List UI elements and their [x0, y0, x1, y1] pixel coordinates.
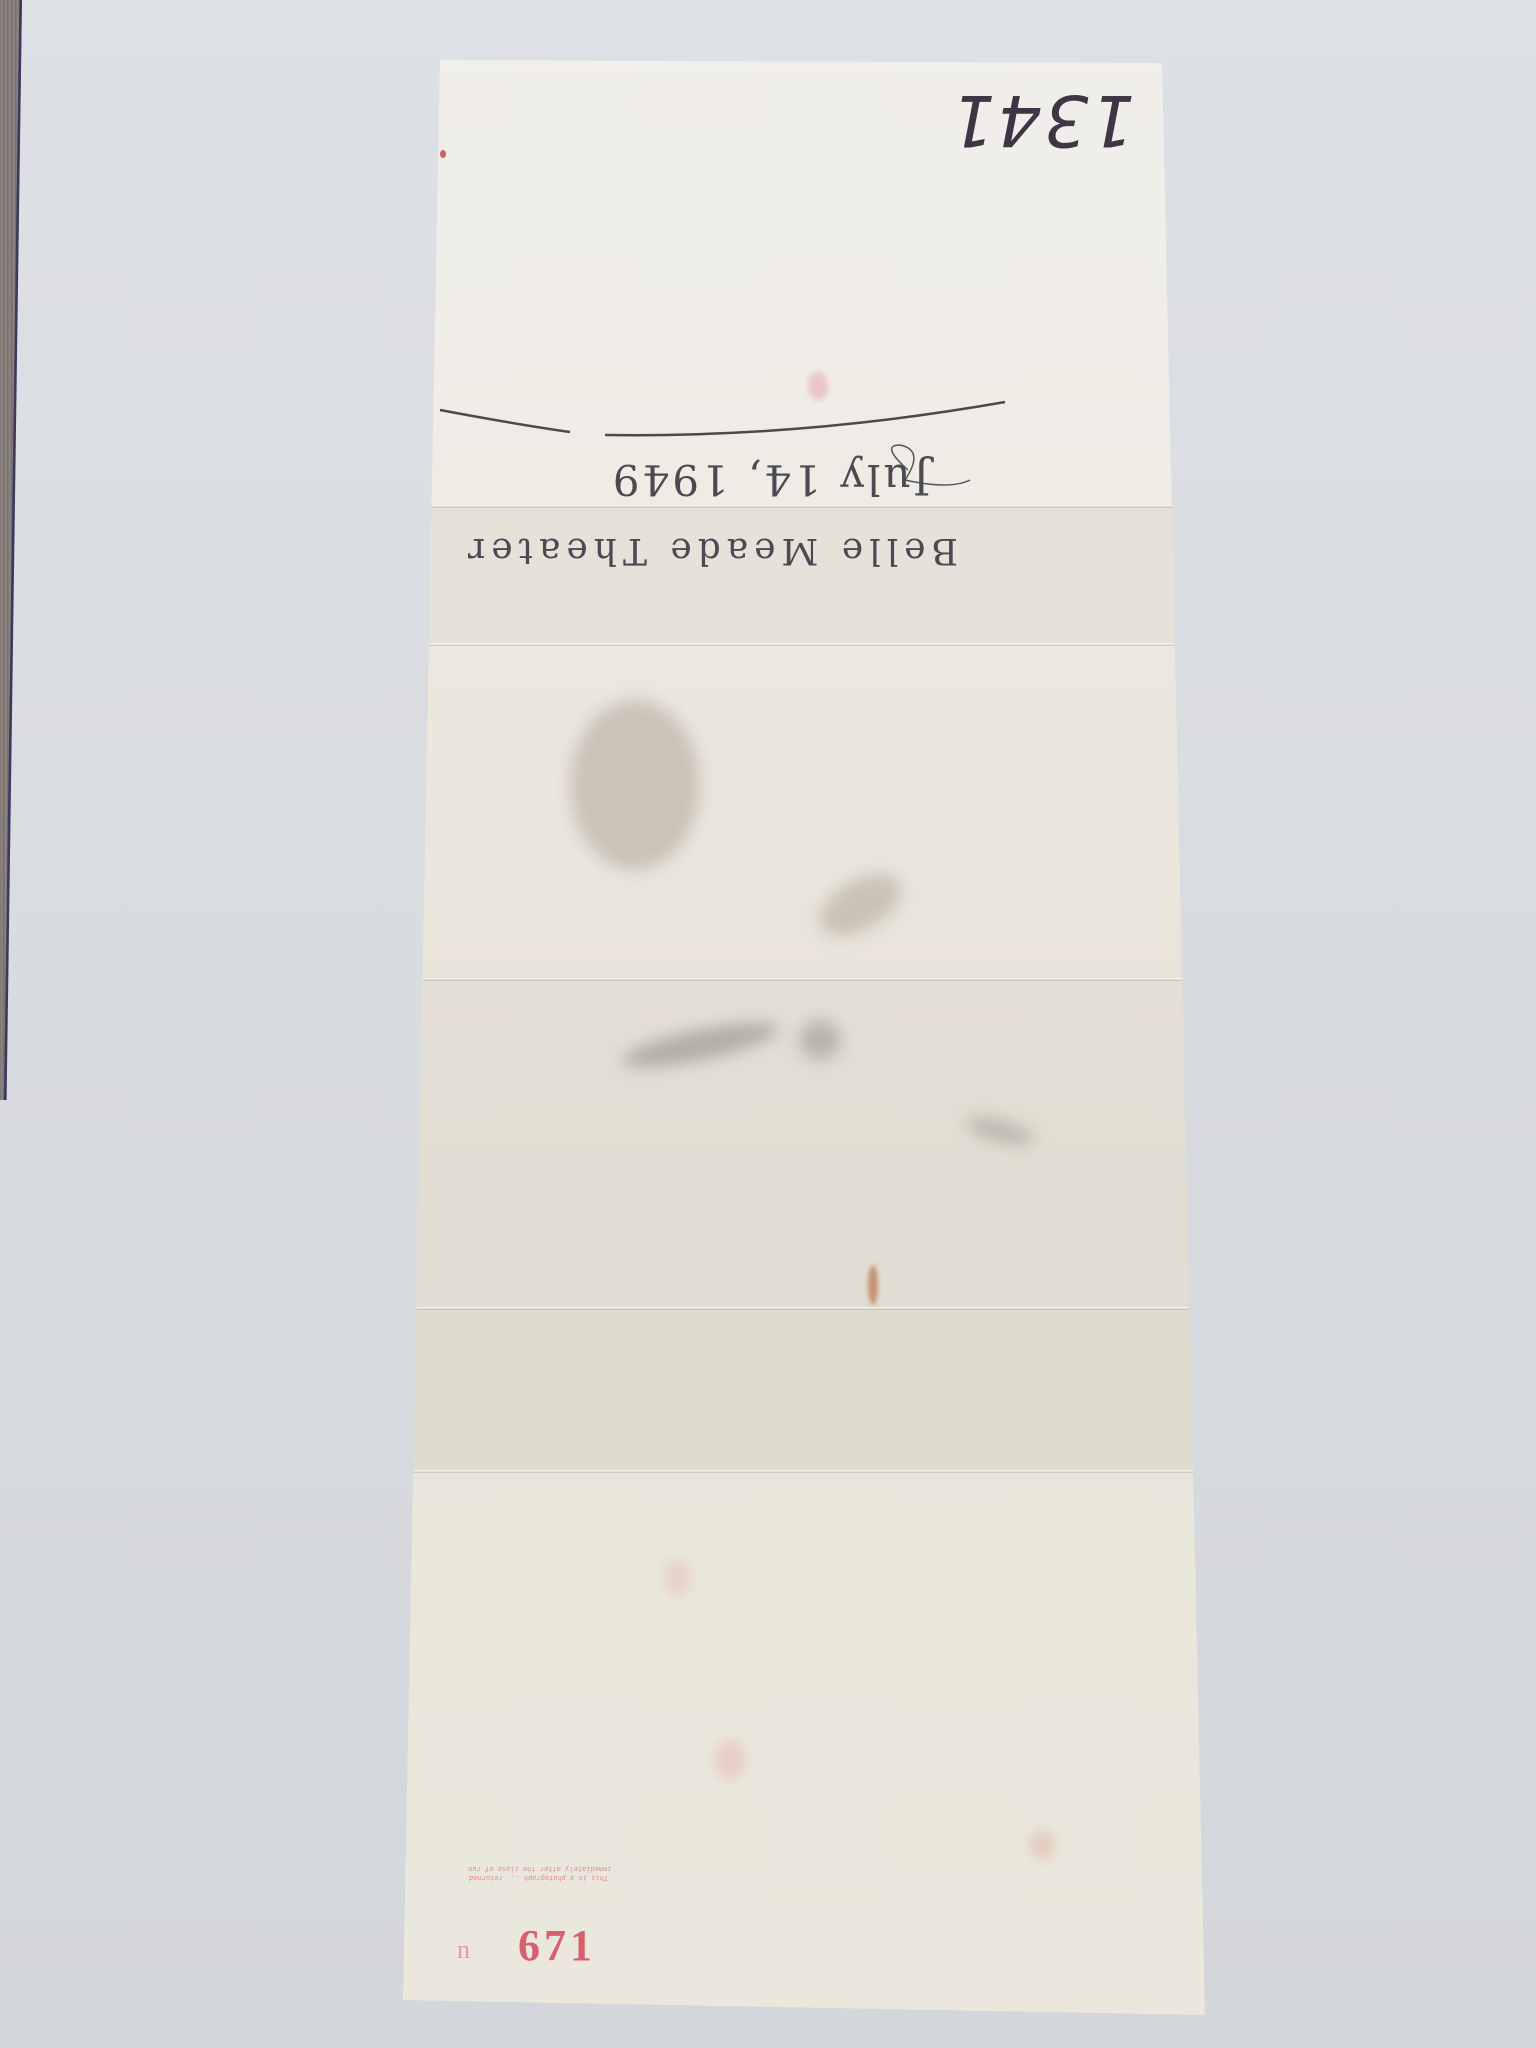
handwritten-number: 1341	[995, 80, 1135, 160]
red-stamp-text: This is a photograph ... returned immedi…	[453, 1810, 633, 1882]
stamp-prefix-mark: n	[457, 1935, 470, 1965]
stamp-number: 671	[518, 1920, 596, 1971]
handwritten-date: July 14, 1949	[560, 455, 980, 504]
handwritten-title: Belle Meade Theater	[450, 530, 970, 571]
pencil-underline	[0, 0, 1536, 2048]
